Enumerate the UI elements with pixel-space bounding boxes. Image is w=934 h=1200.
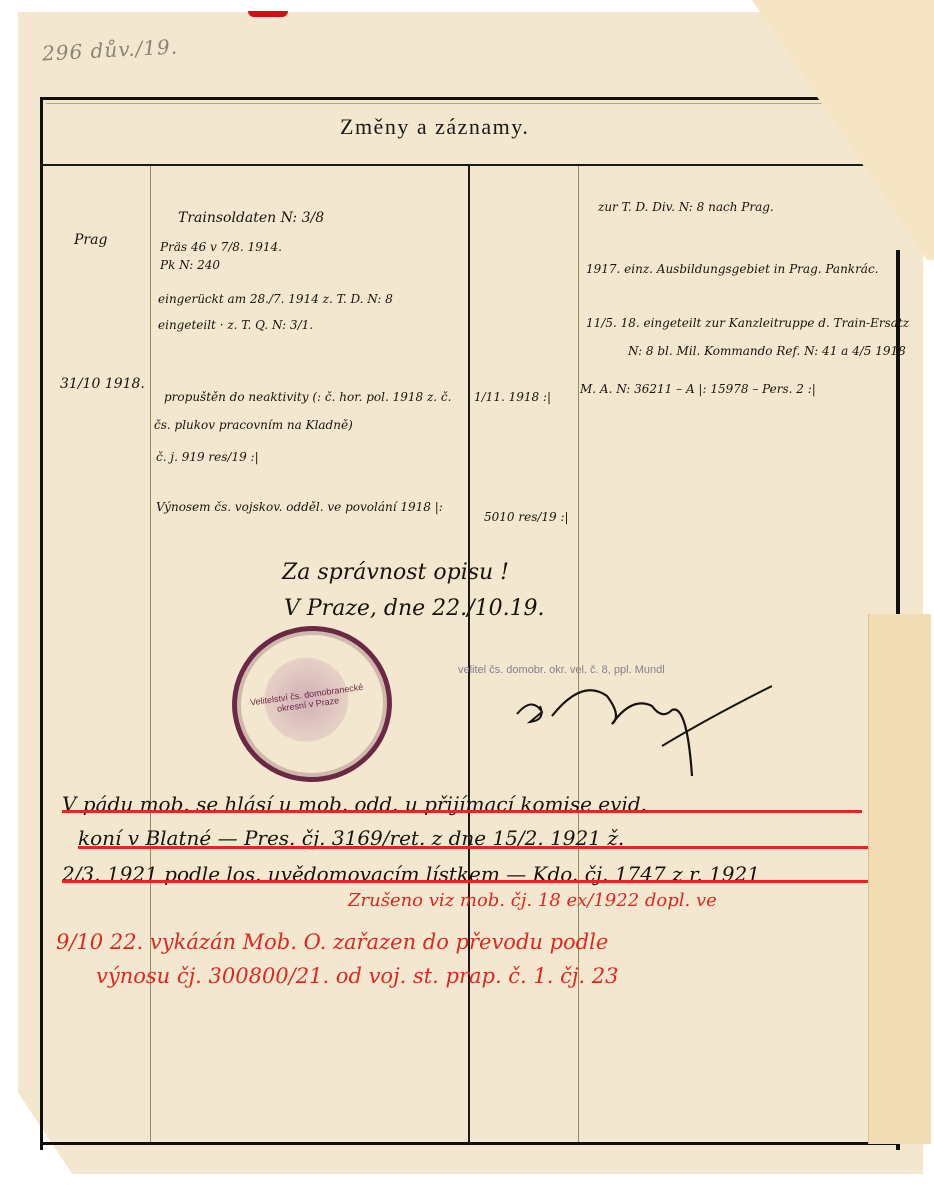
cancellation-note: Zrušeno viz mob. čj. 18 ex/1922 dopl. ve xyxy=(348,890,717,911)
attestation-place-date: V Praze, dne 22./10.19. xyxy=(284,596,545,621)
entry-line: Trainsoldaten N: 3/8 xyxy=(178,210,324,226)
entry-line: 1917. einz. Ausbildungsgebiet in Prag. P… xyxy=(586,262,879,276)
entry-line: propuštěn do neaktivity (: č. hor. pol. … xyxy=(164,390,451,404)
entry-line: Výnosem čs. vojskov. odděl. ve povolání … xyxy=(156,500,443,514)
strikethrough-line xyxy=(62,880,868,883)
page-title: Změny a záznamy. xyxy=(340,114,529,140)
signature-icon xyxy=(512,676,772,786)
entry-line: eingerückt am 28./7. 1914 z. T. D. N: 8 xyxy=(158,292,393,306)
attestation-line: Za správnost opisu ! xyxy=(282,560,509,585)
entry-line: N: 8 bl. Mil. Kommando Ref. N: 41 a 4/5 … xyxy=(628,344,906,358)
entry-line: eingeteilt · z. T. Q. N: 3/1. xyxy=(158,318,313,332)
table-frame xyxy=(40,97,883,1150)
commander-printed-label: velitel čs. domobr. okr. vel. č. 8, ppl.… xyxy=(458,664,665,676)
bottom-rule xyxy=(40,1142,900,1145)
date-entry: 31/10 1918. xyxy=(60,376,145,392)
red-entry-line: 9/10 22. vykázán Mob. O. zařazen do přev… xyxy=(56,930,608,954)
attached-paper-strip xyxy=(868,614,931,1144)
entry-line: čs. plukov pracovním na Kladně) xyxy=(154,418,353,432)
entry-reference: 5010 res/19 :| xyxy=(484,510,569,524)
entry-line: zur T. D. Div. N: 8 nach Prag. xyxy=(598,200,774,214)
strikethrough-line xyxy=(78,846,868,849)
entry-line: č. j. 919 res/19 :| xyxy=(156,450,259,464)
header-rule xyxy=(40,164,910,166)
column-divider-2 xyxy=(468,166,470,1142)
column-divider-3 xyxy=(578,166,579,1142)
place-entry: Prag xyxy=(74,232,107,248)
entry-line: Pk N: 240 xyxy=(160,258,220,272)
inner-rule xyxy=(46,103,876,104)
entry-line: Präs 46 v 7/8. 1914. xyxy=(160,240,282,254)
entry-line: M. A. N: 36211 – A |: 15978 – Pers. 2 :| xyxy=(580,382,816,396)
strikethrough-line xyxy=(62,810,862,813)
column-divider-1 xyxy=(150,166,151,1142)
entry-date: 1/11. 1918 :| xyxy=(474,390,551,404)
red-ink-stain xyxy=(248,11,288,17)
red-entry-line: výnosu čj. 300800/21. od voj. st. prap. … xyxy=(96,964,618,988)
entry-line: 11/5. 18. eingeteilt zur Kanzleitruppe d… xyxy=(586,316,909,330)
